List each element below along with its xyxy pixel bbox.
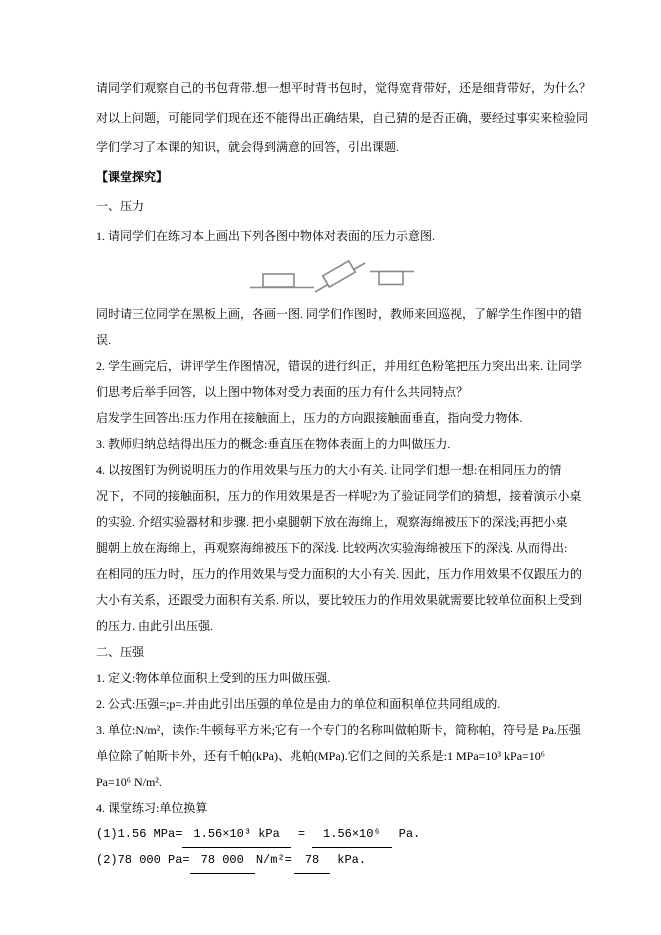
paragraph-line: 在相同的压力时，压力的作用效果与受力面积的大小有关. 因此，压力作用效果不仅跟压…: [96, 561, 576, 587]
block-hanging-under-surface-diagram: [370, 272, 414, 285]
paragraph-line: 腿朝上放在海绵上，再观察海绵被压下的深浅. 比较两次实验海绵被压下的深浅. 从而…: [96, 535, 576, 561]
block-on-horizontal-surface-diagram: [250, 274, 314, 288]
document-content: 请同学们观察自己的书包背带.想一想平时背书包时，觉得宽背带好，还是细背带好，为什…: [96, 74, 576, 873]
document-page: 请同学们观察自己的书包背带.想一想平时背书包时，觉得宽背带好，还是细背带好，为什…: [0, 0, 661, 935]
exercise-item-2: (2)78 000 Pa=78 000N/m²=78kPa.: [96, 847, 576, 873]
heading-section-one-pressure-force: 一、压力: [96, 192, 576, 222]
block-on-inclined-surface-diagram: [315, 261, 365, 292]
paragraph-line: 况下，不同的接触面积，压力的作用效果是否一样呢?为了验证同学们的猜想，接着演示小…: [96, 483, 576, 509]
exercise-heading: 4. 课堂练习:单位换算: [96, 795, 576, 821]
paragraph-line: 启发学生回答出:压力作用在接触面上，压力的方向跟接触面垂直，指向受力物体.: [96, 405, 576, 431]
paragraph-line: 误.: [96, 327, 576, 353]
pressure-diagrams-svg: [246, 257, 416, 295]
paragraph-line: 大小有关系，还跟受力面积有关系. 所以，要比较压力的作用效果就需要比较单位面积上…: [96, 587, 576, 613]
exercise-1-prefix: (1)1.56 MPa=: [96, 827, 182, 841]
intro-block: 请同学们观察自己的书包背带.想一想平时背书包时，觉得宽背带好，还是细背带好，为什…: [96, 74, 576, 252]
unit-line-3: Pa=10⁶ N/m².: [96, 769, 576, 795]
unit-line-2: 单位除了帕斯卡外，还有千帕(kPa)、兆帕(MPa).它们之间的关系是:1 MP…: [96, 743, 576, 769]
paragraph-line: 同时请三位同学在黑板上画，各画一图. 同学们作图时，教师来回巡视，了解学生作图中…: [96, 301, 576, 327]
unit-line-1: 3. 单位:N/m²，读作:牛顿每平方米;它有一个专门的名称叫做帕斯卡，简称帕，…: [96, 717, 576, 743]
section-title-classroom-inquiry: 【课堂探究】: [96, 163, 576, 193]
heading-section-two-pressure: 二、压强: [96, 639, 576, 665]
intro-paragraph-line-1: 请同学们观察自己的书包背带.想一想平时背书包时，觉得宽背带好，还是细背带好，为什…: [96, 74, 576, 104]
paragraph-line: 3. 教师归纳总结得出压力的概念:垂直压在物体表面上的力叫做压力.: [96, 431, 576, 457]
paragraph-line: 的实验. 介绍实验器材和步骤. 把小桌腿朝下放在海绵上，观察海绵被压下的深浅;再…: [96, 509, 576, 535]
exercise-1-answer-blank-1: 1.56×10³ kPa: [182, 821, 290, 848]
paragraph-line: 4. 以按图钉为例说明压力的作用效果与压力的大小有关. 让同学们想一想:在相同压…: [96, 457, 576, 483]
exercise-1-equals: =: [298, 827, 305, 841]
exercise-2-answer-blank-1: 78 000: [190, 847, 255, 874]
exercise-item-1: (1)1.56 MPa=1.56×10³ kPa=1.56×10⁶Pa.: [96, 821, 576, 847]
exercise-1-answer-blank-2: 1.56×10⁶: [312, 821, 392, 848]
paragraph-line: 的压力. 由此引出压强.: [96, 613, 576, 639]
exercise-2-prefix: (2)78 000 Pa=: [96, 853, 190, 867]
body-block: 同时请三位同学在黑板上画，各画一图. 同学们作图时，教师来回巡视，了解学生作图中…: [96, 301, 576, 873]
intro-paragraph-line-2: 对以上问题，可能同学们现在还不能得出正确结果，自己猜的是否正确，要经过事实来检验…: [96, 104, 576, 134]
item-1-draw-pressure-diagrams: 1. 请同学们在练习本上画出下列各图中物体对表面的压力示意图.: [96, 222, 576, 252]
formula-line: 2. 公式:压强=;p=.并由此引出压强的单位是由力的单位和面积单位共同组成的.: [96, 691, 576, 717]
paragraph-line: 们思考后举手回答，以上图中物体对受力表面的压力有什么共同特点？: [96, 379, 576, 405]
paragraph-line: 2. 学生画完后，讲评学生作图情况，错误的进行纠正，并用红色粉笔把压力突出出来.…: [96, 353, 576, 379]
definition-line: 1. 定义:物体单位面积上受到的压力叫做压强.: [96, 665, 576, 691]
exercise-1-suffix: Pa.: [399, 827, 421, 841]
intro-paragraph-line-3: 学们学习了本课的知识，就会得到满意的回答，引出课题.: [96, 133, 576, 163]
pressure-diagrams: [96, 252, 576, 301]
exercise-2-suffix: kPa.: [337, 853, 366, 867]
exercise-2-answer-blank-2: 78: [294, 847, 330, 874]
exercise-2-mid-unit: N/m²=: [256, 853, 292, 867]
